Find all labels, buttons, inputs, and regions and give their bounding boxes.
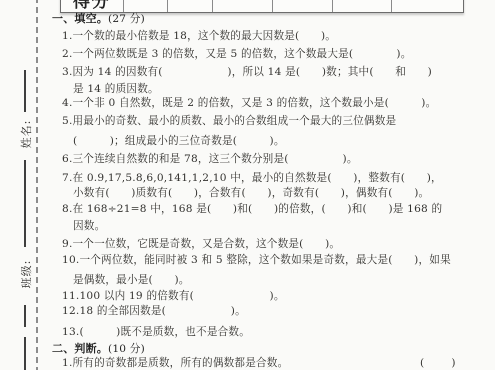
section-fill-title: 一、填空。 xyxy=(52,12,108,25)
section-fill-heading: 一、填空。(27 分) xyxy=(52,10,145,26)
question-line-3a: 3.因为 14 的因数有( )，所以 14 是( )数；其中( 和 ) xyxy=(62,64,432,79)
question-line-3b: 是 14 的质因数。 xyxy=(73,81,159,96)
question-line-13: 13.( )既不是质数，也不是合数。 xyxy=(62,324,250,339)
question-line-4: 4.一个非 0 自然数，既是 2 的倍数，又是 3 的倍数，这个数最小是( )。 xyxy=(62,95,436,110)
margin-rule-2 xyxy=(24,160,26,247)
margin-rule-3 xyxy=(24,305,26,327)
margin-rule-4 xyxy=(24,337,26,370)
score-cell-empty xyxy=(212,0,272,12)
score-cell-empty xyxy=(391,0,463,12)
question-line-7a: 7.在 0.9,17,5.8,6,0,141,1,2,10 中，最小的自然数是(… xyxy=(62,170,442,185)
judge-question-1: 1.所有的奇数都是质数，所有的偶数都是合数。 xyxy=(62,355,288,370)
question-line-8a: 8.在 168÷21=8 中，168 是( )和( )的倍数，( )和( )是 … xyxy=(62,201,442,216)
question-line-2: 2.一个两位数既是 3 的倍数，又是 5 的倍数，这个数最大是( )。 xyxy=(62,46,412,61)
question-line-8b: 因数。 xyxy=(73,218,105,233)
question-line-6: 6.三个连续自然数的和是 78，这三个数分别是( )。 xyxy=(62,151,358,166)
question-line-5b: ( )；组成最小的三位奇数是( )。 xyxy=(73,133,285,148)
section-judge-title: 二、判断。 xyxy=(52,342,108,355)
question-line-9: 9.一个一位数，它既是奇数，又是合数，这个数是( )。 xyxy=(62,236,340,251)
student-name-label: 姓名: xyxy=(18,112,34,156)
score-cell-empty xyxy=(272,0,332,12)
question-line-11: 11.100 以内 19 的倍数有( )。 xyxy=(62,288,285,303)
score-cell-empty xyxy=(332,0,392,12)
question-line-12: 12.18 的全部因数是( )。 xyxy=(62,303,246,318)
section-fill-points: (27 分) xyxy=(108,13,145,25)
class-label: 班级: xyxy=(18,252,34,296)
binding-dashed-line xyxy=(36,0,38,370)
question-line-10a: 10.一个两位数，能同时被 3 和 5 整除，这个数如果是奇数，最大是( )，如… xyxy=(62,252,451,267)
question-line-5a: 5.用最小的奇数、最小的质数、最小的合数组成一个最大的三位偶数是 xyxy=(62,113,396,128)
margin-rule-1 xyxy=(24,70,26,112)
question-line-1: 1.一个数的最小倍数是 18，这个数的最大因数是( )。 xyxy=(62,28,336,43)
question-line-10b: 是偶数，最小是( )。 xyxy=(73,272,190,287)
judge-answer-blank-1: ( ) xyxy=(420,355,457,370)
section-judge-heading: 二、判断。(10 分) xyxy=(52,340,145,356)
score-cell-empty xyxy=(167,0,212,12)
question-line-7b: 小数有( )质数有( )，合数有( )，奇数有( )，偶数有( )。 xyxy=(73,185,429,200)
exam-paper: 姓名: 班级: 得分 一、填空。(27 分) 1.一个数的最小倍数是 18，这个… xyxy=(0,0,495,370)
section-judge-points: (10 分) xyxy=(108,343,145,355)
